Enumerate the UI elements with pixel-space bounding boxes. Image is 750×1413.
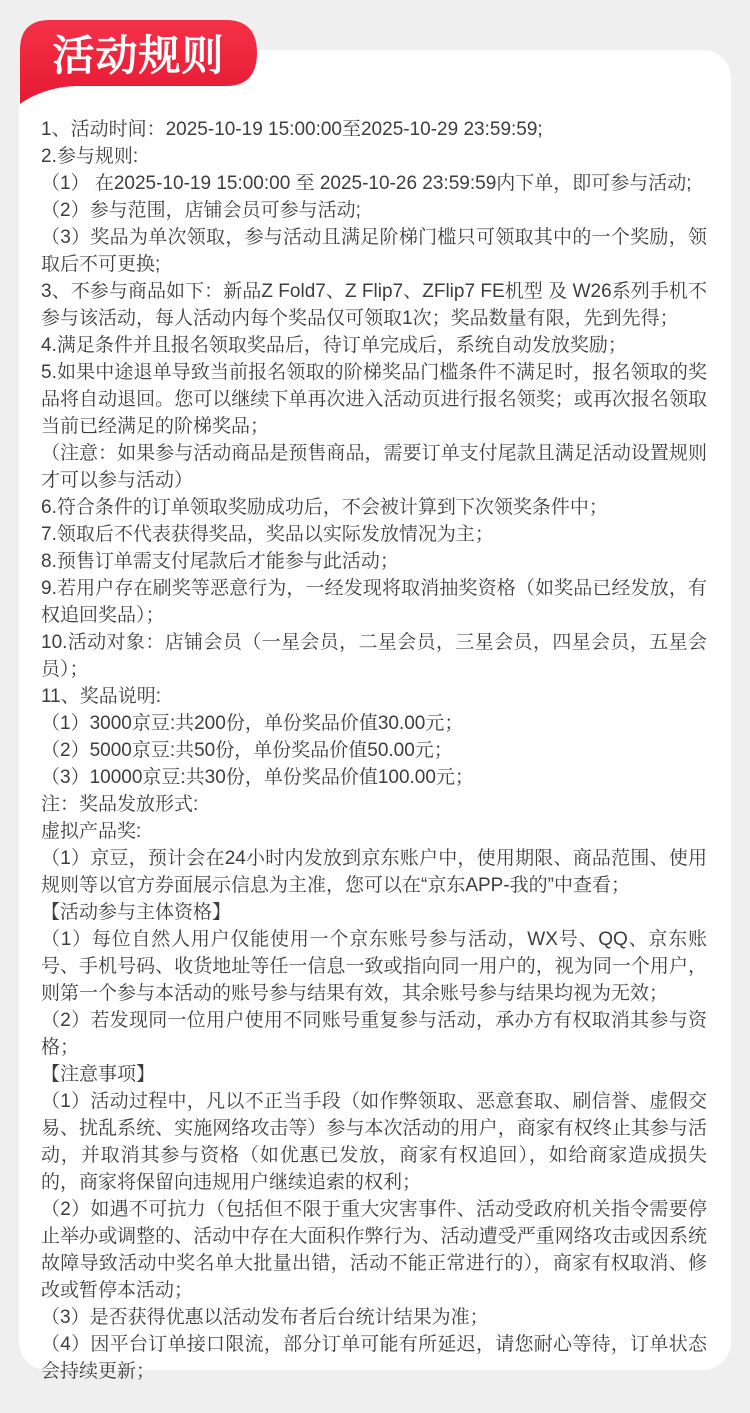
rule-paragraph: 1、活动时间：2025-10-19 15:00:00至2025-10-29 23… xyxy=(41,116,707,143)
rule-paragraph: （1）活动过程中，凡以不正当手段（如作弊领取、恶意套取、刷信誉、虚假交易、扰乱系… xyxy=(41,1088,707,1196)
rule-paragraph: 10.活动对象：店铺会员（一星会员，二星会员，三星会员，四星会员，五星会员）； xyxy=(41,629,707,683)
rule-paragraph: 注：奖品发放形式: xyxy=(41,791,707,818)
rule-paragraph: （2）参与范围，店铺会员可参与活动; xyxy=(41,197,707,224)
rules-card: 1、活动时间：2025-10-19 15:00:00至2025-10-29 23… xyxy=(19,50,731,1370)
rule-paragraph: （1） 在2025-10-19 15:00:00 至 2025-10-26 23… xyxy=(41,170,707,197)
rule-paragraph: （2）若发现同一位用户使用不同账号重复参与活动，承办方有权取消其参与资格； xyxy=(41,1007,707,1061)
rules-text: 1、活动时间：2025-10-19 15:00:00至2025-10-29 23… xyxy=(19,50,731,1385)
page-title: 活动规则 xyxy=(20,20,257,86)
activity-rules-page: 1、活动时间：2025-10-19 15:00:00至2025-10-29 23… xyxy=(0,0,750,1413)
rule-paragraph: （注意：如果参与活动商品是预售商品，需要订单支付尾款且满足活动设置规则才可以参与… xyxy=(41,440,707,494)
rule-paragraph: 2.参与规则: xyxy=(41,143,707,170)
rule-paragraph: 9.若用户存在刷奖等恶意行为，一经发现将取消抽奖资格（如奖品已经发放，有权追回奖… xyxy=(41,575,707,629)
rule-paragraph: 5.如果中途退单导致当前报名领取的阶梯奖品门槛条件不满足时，报名领取的奖品将自动… xyxy=(41,359,707,440)
rule-paragraph: 【活动参与主体资格】 xyxy=(41,899,707,926)
rule-paragraph: 6.符合条件的订单领取奖励成功后，不会被计算到下次领奖条件中； xyxy=(41,494,707,521)
rule-paragraph: （3）是否获得优惠以活动发布者后台统计结果为准； xyxy=(41,1304,707,1331)
rule-paragraph: （2）如遇不可抗力（包括但不限于重大灾害事件、活动受政府机关指令需要停止举办或调… xyxy=(41,1196,707,1304)
rule-paragraph: 8.预售订单需支付尾款后才能参与此活动； xyxy=(41,548,707,575)
rule-paragraph: （4）因平台订单接口限流，部分订单可能有所延迟，请您耐心等待，订单状态会持续更新… xyxy=(41,1331,707,1385)
rule-paragraph: （2）5000京豆:共50份，单份奖品价值50.00元； xyxy=(41,737,707,764)
rule-paragraph: 4.满足条件并且报名领取奖品后，待订单完成后，系统自动发放奖励； xyxy=(41,332,707,359)
rule-paragraph: 11、奖品说明: xyxy=(41,683,707,710)
rule-paragraph: 7.领取后不代表获得奖品，奖品以实际发放情况为主； xyxy=(41,521,707,548)
rule-paragraph: 3、不参与商品如下：新品Z Fold7、Z Flip7、ZFlip7 FE机型 … xyxy=(41,278,707,332)
rule-paragraph: （1）京豆，预计会在24小时内发放到京东账户中，使用期限、商品范围、使用规则等以… xyxy=(41,845,707,899)
rule-paragraph: （3）奖品为单次领取，参与活动且满足阶梯门槛只可领取其中的一个奖励，领取后不可更… xyxy=(41,224,707,278)
rule-paragraph: 虚拟产品奖: xyxy=(41,818,707,845)
rules-title-badge: 活动规则 xyxy=(20,20,257,104)
rule-paragraph: （1）每位自然人用户仅能使用一个京东账号参与活动，WX号、QQ、京东账号、手机号… xyxy=(41,926,707,1007)
rule-paragraph: （3）10000京豆:共30份，单份奖品价值100.00元； xyxy=(41,764,707,791)
rule-paragraph: （1）3000京豆:共200份，单份奖品价值30.00元； xyxy=(41,710,707,737)
rule-paragraph: 【注意事项】 xyxy=(41,1061,707,1088)
